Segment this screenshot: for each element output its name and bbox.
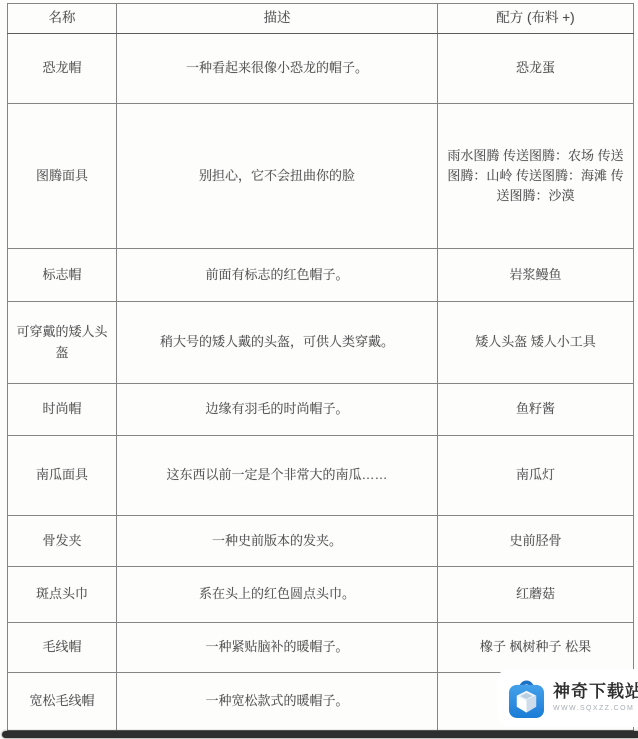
header-row: 名称描述配方 (布料 +) — [8, 4, 634, 34]
cell-item-description: 一种史前版本的发夹。 — [117, 516, 438, 567]
table-row: 恐龙帽一种看起来很像小恐龙的帽子。恐龙蛋 — [8, 34, 634, 104]
cell-item-recipe: 橡子 枫树种子 松果 — [438, 623, 634, 673]
items-table: 名称描述配方 (布料 +) 恐龙帽一种看起来很像小恐龙的帽子。恐龙蛋图腾面具别担… — [7, 3, 634, 732]
cell-item-description: 一种紧贴脑补的暖帽子。 — [117, 623, 438, 673]
cell-item-name: 恐龙帽 — [8, 34, 117, 104]
cell-item-name: 毛线帽 — [8, 623, 117, 673]
cell-item-name: 骨发夹 — [8, 516, 117, 567]
col-header-recipe: 配方 (布料 +) — [438, 4, 634, 34]
cell-item-name: 图腾面具 — [8, 104, 117, 249]
download-cube-bag-icon — [508, 676, 545, 720]
cell-item-description: 一种宽松款式的暖帽子。 — [117, 673, 438, 731]
cell-item-recipe: 恐龙蛋 — [438, 34, 634, 104]
cell-item-recipe: 南瓜灯 — [438, 436, 634, 516]
col-header-description: 描述 — [117, 4, 438, 34]
table-row: 骨发夹一种史前版本的发夹。史前胫骨 — [8, 516, 634, 567]
cell-item-recipe: 史前胫骨 — [438, 516, 634, 567]
col-header-name: 名称 — [8, 4, 117, 34]
table-row: 斑点头巾系在头上的红色圆点头巾。红蘑菇 — [8, 567, 634, 623]
cell-item-name: 宽松毛线帽 — [8, 673, 117, 731]
cell-item-name: 时尚帽 — [8, 384, 117, 436]
watermark: 神奇下载站 WWW.SQXZZ.COM — [497, 669, 638, 727]
cell-item-recipe: 岩浆鳗鱼 — [438, 249, 634, 302]
cell-item-description: 一种看起来很像小恐龙的帽子。 — [117, 34, 438, 104]
cell-item-name: 可穿戴的矮人头盔 — [8, 302, 117, 384]
cell-item-recipe: 红蘑菇 — [438, 567, 634, 623]
cell-item-recipe: 矮人头盔 矮人小工具 — [438, 302, 634, 384]
cell-item-name: 标志帽 — [8, 249, 117, 302]
watermark-text: 神奇下载站 WWW.SQXZZ.COM — [553, 683, 638, 712]
cell-item-description: 前面有标志的红色帽子。 — [117, 249, 438, 302]
table-row: 图腾面具别担心，它不会扭曲你的脸雨水图腾 传送图腾：农场 传送图腾：山岭 传送图… — [8, 104, 634, 249]
photo-bottom-edge — [2, 731, 638, 738]
site-name: 神奇下载站 — [553, 683, 638, 702]
cell-item-recipe: 雨水图腾 传送图腾：农场 传送图腾：山岭 传送图腾：海滩 传送图腾：沙漠 — [438, 104, 634, 249]
cell-item-description: 系在头上的红色圆点头巾。 — [117, 567, 438, 623]
table-row: 标志帽前面有标志的红色帽子。岩浆鳗鱼 — [8, 249, 634, 302]
cell-item-description: 别担心，它不会扭曲你的脸 — [117, 104, 438, 249]
cell-item-recipe: 鱼籽酱 — [438, 384, 634, 436]
table-row: 毛线帽一种紧贴脑补的暖帽子。橡子 枫树种子 松果 — [8, 623, 634, 673]
cell-item-description: 这东西以前一定是个非常大的南瓜…… — [117, 436, 438, 516]
cell-item-description: 稍大号的矮人戴的头盔，可供人类穿戴。 — [117, 302, 438, 384]
table-body: 恐龙帽一种看起来很像小恐龙的帽子。恐龙蛋图腾面具别担心，它不会扭曲你的脸雨水图腾… — [8, 34, 634, 731]
screenshot-root: 名称描述配方 (布料 +) 恐龙帽一种看起来很像小恐龙的帽子。恐龙蛋图腾面具别担… — [0, 0, 638, 739]
cell-item-name: 斑点头巾 — [8, 567, 117, 623]
table-row: 时尚帽边缘有羽毛的时尚帽子。鱼籽酱 — [8, 384, 634, 436]
cell-item-description: 边缘有羽毛的时尚帽子。 — [117, 384, 438, 436]
table-row: 南瓜面具这东西以前一定是个非常大的南瓜……南瓜灯 — [8, 436, 634, 516]
cell-item-name: 南瓜面具 — [8, 436, 117, 516]
site-url: WWW.SQXZZ.COM — [553, 705, 638, 713]
table-row: 可穿戴的矮人头盔稍大号的矮人戴的头盔，可供人类穿戴。矮人头盔 矮人小工具 — [8, 302, 634, 384]
